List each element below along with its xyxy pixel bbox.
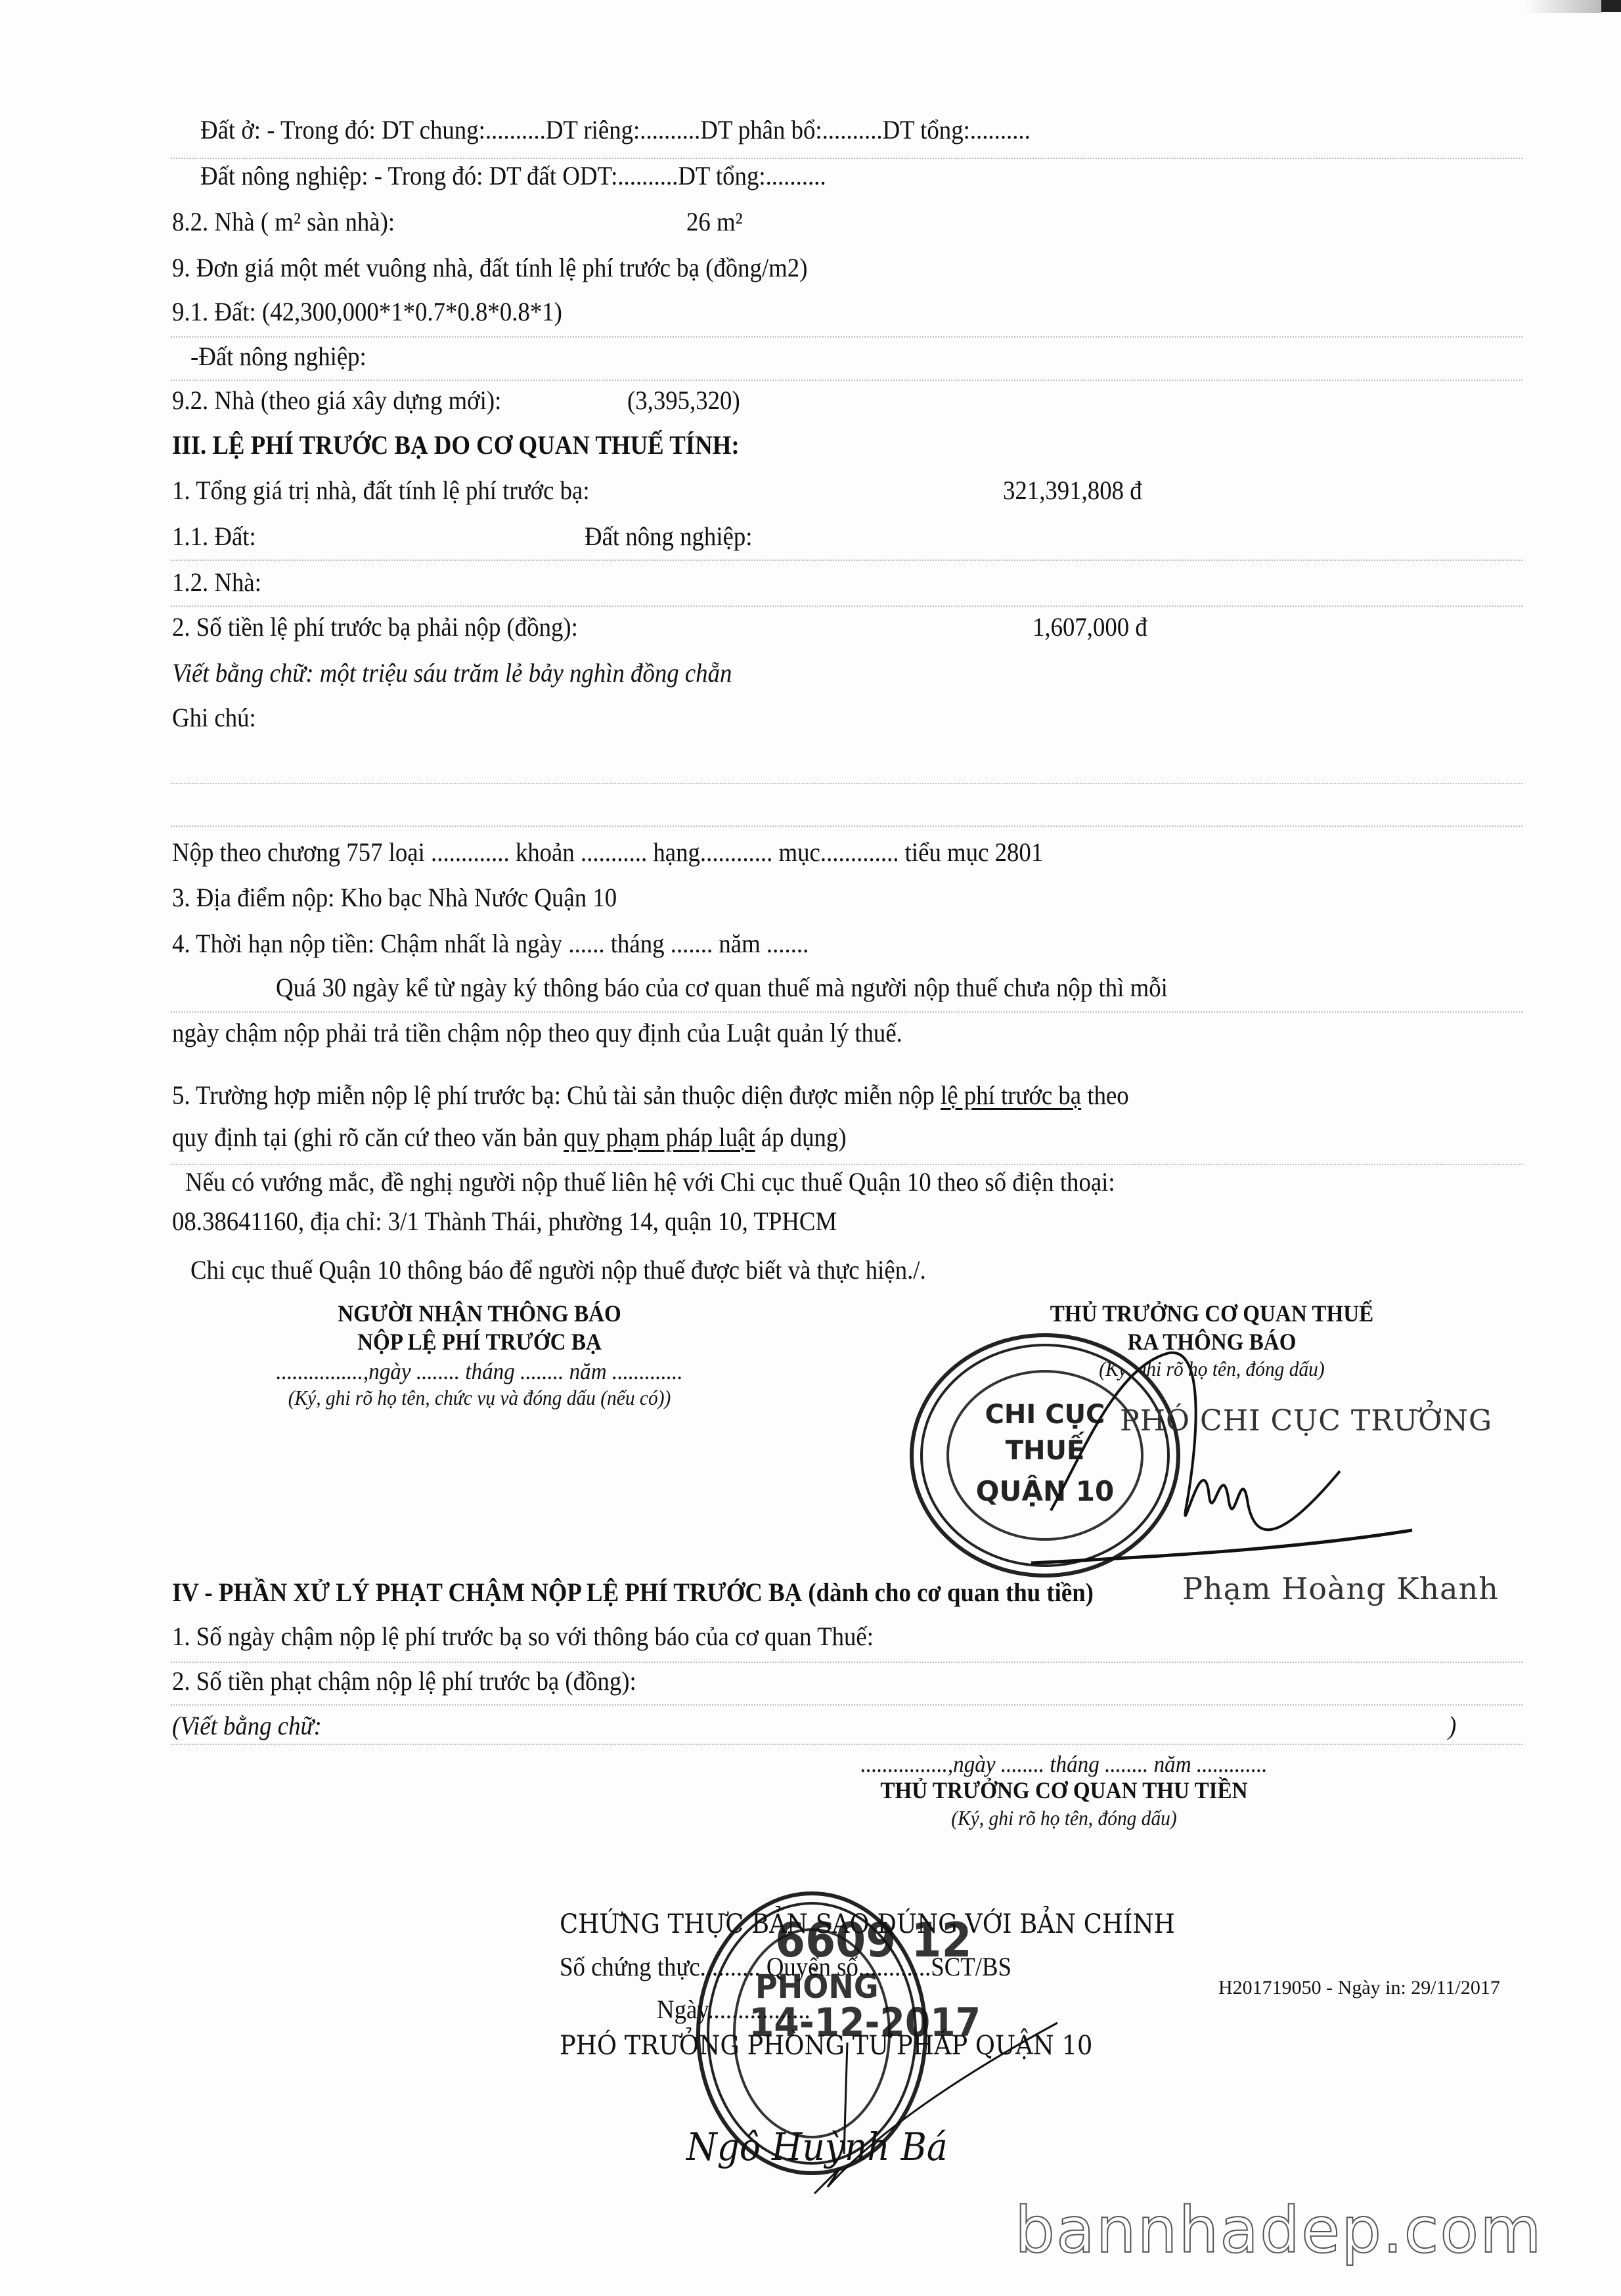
collector-date-line: ................,ngày ........ tháng ...… [792,1752,1336,1776]
land-value-label: 1.1. Đất: [172,523,256,550]
document-id-print-date: H201719050 - Ngày in: 29/11/2017 [1218,1977,1500,1999]
late-payment-note-1: Quá 30 ngày kể từ ngày ký thông báo của … [276,975,1168,1001]
house-area-value: 26 m² [686,209,743,235]
exemption-clause-1: 5. Trường hợp miễn nộp lệ phí trước bạ: … [172,1082,1129,1109]
dotted-rule [171,826,1522,827]
dotted-rule [171,606,1522,607]
section-iii-heading: III. LỆ PHÍ TRƯỚC BẠ DO CƠ QUAN THUẾ TÍN… [172,432,740,458]
late-days-label: 1. Số ngày chậm nộp lệ phí trước bạ so v… [172,1623,874,1650]
residential-land-areas: Đất ở: - Trong đó: DT chung:..........DT… [200,117,1031,143]
agri-unit-price: -Đất nông nghiệp: [190,343,366,370]
dotted-rule [171,1744,1522,1745]
dotted-rule [171,158,1522,159]
fine-in-words: (Viết bằng chữ: [172,1713,322,1739]
closing-statement: Chi cục thuế Quận 10 thông báo để người … [190,1257,926,1283]
total-value-label: 1. Tổng giá trị nhà, đất tính lệ phí trư… [172,477,590,504]
receiver-title-2: NỘP LỆ PHÍ TRƯỚC BẠ [250,1330,709,1354]
stamp-serial: 6609 12 [775,1916,972,1964]
land-unit-price: 9.1. Đất: (42,300,000*1*0.7*0.8*0.8*1) [172,299,562,325]
site-watermark: bannhadep.com [1015,2194,1543,2267]
collector-hint: (Ký, ghi rõ họ tên, đóng dấu) [792,1807,1336,1828]
certifier-signature [788,2023,1064,2220]
house-area-label: 8.2. Nhà ( m² sàn nhà): [172,209,395,235]
dotted-rule [171,783,1522,784]
receiver-title-1: NGƯỜI NHẬN THÔNG BÁO [250,1302,709,1325]
collector-title: THỦ TRƯỞNG CƠ QUAN THU TIỀN [792,1778,1336,1802]
fee-payable-label: 2. Số tiền lệ phí trước bạ phải nộp (đồn… [172,614,578,640]
agri-land-value-label: Đất nông nghiệp: [585,523,753,550]
payment-deadline: 4. Thời hạn nộp tiền: Chậm nhất là ngày … [172,931,809,957]
house-value-label: 1.2. Nhà: [172,569,261,596]
late-fine-label: 2. Số tiền phạt chậm nộp lệ phí trước bạ… [172,1668,636,1694]
late-payment-note-2: ngày chậm nộp phải trả tiền chậm nộp the… [172,1020,902,1046]
budget-classification: Nộp theo chương 757 loại ............. k… [172,839,1043,866]
scan-edge-mark [1601,0,1621,12]
house-unit-price-value: (3,395,320) [627,387,740,414]
underlined-term: lệ phí trước bạ [941,1080,1081,1110]
fee-in-words: Viết bằng chữ: một triệu sáu trăm lẻ bảy… [172,660,732,686]
underlined-term: quy phạm pháp luật [564,1122,755,1152]
tax-head-name: Phạm Hoàng Khanh [1182,1571,1499,1606]
tax-head-signature [1025,1340,1419,1589]
receiver-date-line: ................,ngày ........ tháng ...… [196,1359,764,1383]
payment-location: 3. Địa điểm nộp: Kho bạc Nhà Nước Quận 1… [172,885,617,911]
dotted-rule [171,336,1522,338]
dotted-rule [171,1704,1522,1706]
fee-payable-amount: 1,607,000 đ [1033,614,1147,640]
house-unit-price-label: 9.2. Nhà (theo giá xây dựng mới): [172,387,501,414]
contact-info-1: Nếu có vướng mắc, đề nghị người nộp thuế… [185,1169,1115,1195]
note-label: Ghi chú: [172,705,256,731]
tax-head-title-1: THỦ TRƯỞNG CƠ QUAN THUẾ [991,1302,1432,1325]
receiver-hint: (Ký, ghi rõ họ tên, chức vụ và đóng dấu … [196,1387,764,1408]
contact-info-2: 08.38641160, địa chỉ: 3/1 Thành Thái, ph… [172,1208,837,1235]
total-value-amount: 321,391,808 đ [1003,477,1142,504]
fine-in-words-close: ) [1448,1713,1456,1739]
dotted-rule [171,1164,1522,1165]
dotted-rule [171,1011,1522,1013]
exemption-clause-2: quy định tại (ghi rõ căn cứ theo văn bản… [172,1124,847,1151]
scan-edge-shadow [1522,0,1601,13]
unit-price-title: 9. Đơn giá một mét vuông nhà, đất tính l… [172,255,807,281]
dotted-rule [171,380,1522,381]
dotted-rule [171,1662,1522,1663]
agricultural-land-areas: Đất nông nghiệp: - Trong đó: DT đất ODT:… [200,163,826,189]
dotted-rule [171,560,1522,561]
tax-notice-page: Đất ở: - Trong đó: DT chung:..........DT… [0,0,1621,2296]
section-iv-heading: IV - PHẦN XỬ LÝ PHẠT CHẬM NỘP LỆ PHÍ TRƯ… [172,1579,1094,1606]
stamp-word: PHÒNG [755,1970,879,2003]
